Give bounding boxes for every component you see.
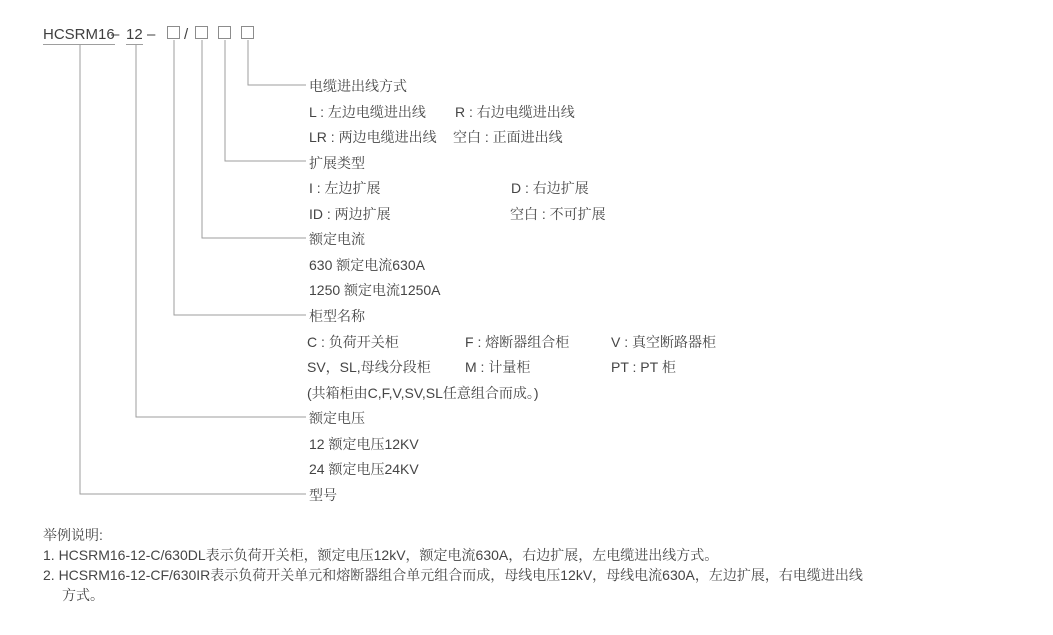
section-cabinet-title: 柜型名称 <box>309 308 365 324</box>
section-current-title: 额定电流 <box>309 231 365 247</box>
expansion-option-d: D : 右边扩展 <box>511 180 589 196</box>
connector-lines <box>0 0 1053 635</box>
cabinet-option-f: F : 熔断器组合柜 <box>465 334 569 350</box>
connector-line-voltage <box>136 44 306 417</box>
section-voltage-title: 额定电压 <box>309 410 365 426</box>
expansion-option-blank: 空白 : 不可扩展 <box>510 206 606 222</box>
code-box-cabinet <box>167 26 180 39</box>
cable-option-l: L : 左边电缆进出线 <box>309 104 426 120</box>
cabinet-option-m: M : 计量柜 <box>465 359 530 375</box>
cable-option-blank: 空白 : 正面进出线 <box>453 129 563 145</box>
cabinet-option-c: C : 负荷开关柜 <box>307 334 399 350</box>
voltage-option-24: 24 额定电压24KV <box>309 461 419 477</box>
cabinet-option-sv-sl: SV，SL,母线分段柜 <box>307 359 431 375</box>
model-designation-diagram: HCSRM16 – 12 – / 电缆进出线方式 L : 左边电缆进出线 R :… <box>0 0 1053 635</box>
section-expansion-title: 扩展类型 <box>309 155 365 171</box>
connector-line-cabinet <box>174 40 306 315</box>
connector-line-cable <box>248 40 306 85</box>
code-box-current <box>195 26 208 39</box>
code-box-expansion <box>218 26 231 39</box>
connector-line-model <box>80 44 306 494</box>
current-option-1250: 1250 额定电流1250A <box>309 282 441 298</box>
code-slash: / <box>184 27 188 42</box>
examples-heading: 举例说明: <box>43 527 103 544</box>
example-item-1: 1. HCSRM16-12-C/630DL表示负荷开关柜，额定电压12kV，额定… <box>43 547 718 564</box>
cable-option-r: R : 右边电缆进出线 <box>455 104 575 120</box>
code-separator-2: – <box>147 27 155 42</box>
voltage-option-12: 12 额定电压12KV <box>309 436 419 452</box>
expansion-option-id: ID : 两边扩展 <box>309 206 391 222</box>
example-item-2: 2. HCSRM16-12-CF/630IR表示负荷开关单元和熔断器组合单元组合… <box>43 567 863 584</box>
example-item-2-continuation: 方式。 <box>62 587 104 604</box>
section-cable-title: 电缆进出线方式 <box>309 78 407 94</box>
code-separator-1: – <box>111 27 119 42</box>
cabinet-option-pt: PT : PT 柜 <box>611 359 676 375</box>
connector-line-expansion <box>225 40 306 161</box>
connector-line-current <box>202 40 306 238</box>
code-voltage-digits: 12 <box>126 27 143 45</box>
cable-option-lr: LR : 两边电缆进出线 <box>309 129 437 145</box>
cabinet-combination-note: (共箱柜由C,F,V,SV,SL任意组合而成。) <box>307 385 539 401</box>
code-prefix: HCSRM16 <box>43 27 115 45</box>
current-option-630: 630 额定电流630A <box>309 257 425 273</box>
cabinet-option-v: V : 真空断路器柜 <box>611 334 716 350</box>
section-model-title: 型号 <box>309 487 337 503</box>
code-box-cable <box>241 26 254 39</box>
expansion-option-i: I : 左边扩展 <box>309 180 381 196</box>
